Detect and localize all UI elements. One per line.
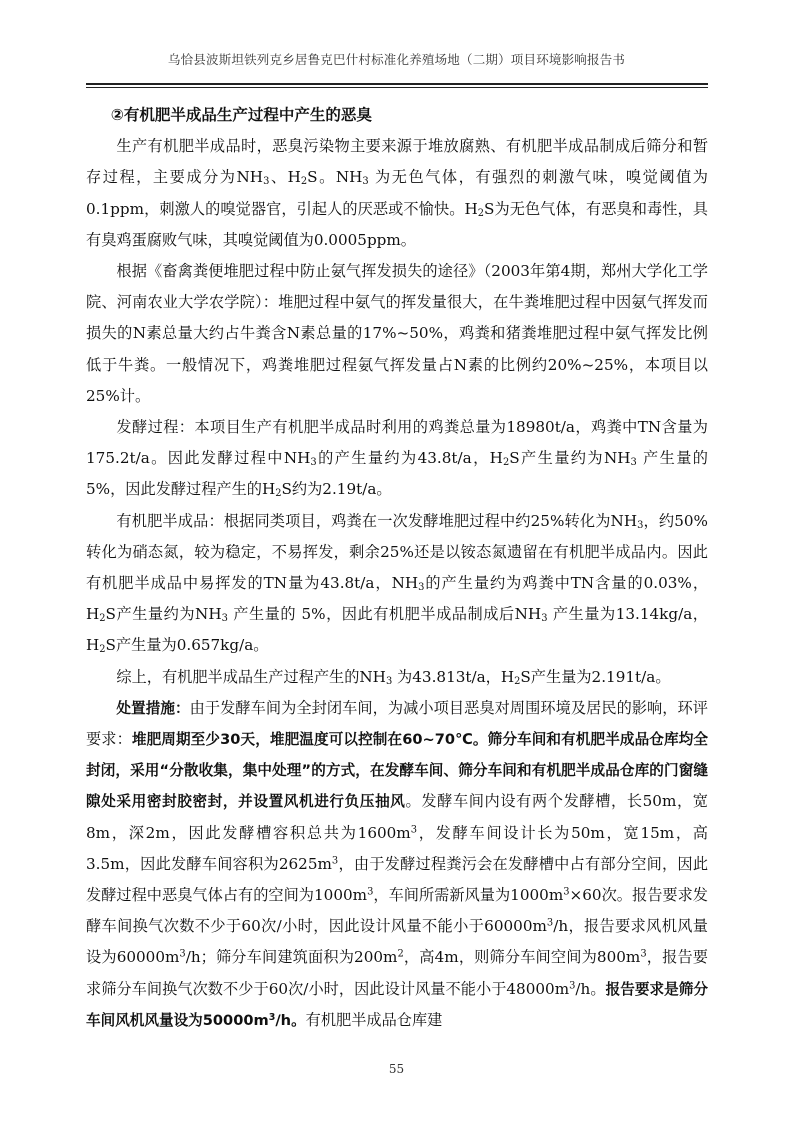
header-rule-thin [86,87,708,88]
page-number: 55 [0,1062,793,1076]
measures-label: 处置措施： [116,700,189,717]
paragraph-fermentation: 发酵过程：本项目生产有机肥半成品时利用的鸡粪总量为18980t/a，鸡粪中TN含… [86,412,708,506]
document-header: 乌恰县波斯坦铁列克乡居鲁克巴什村标准化养殖场地（二期）项目环境影响报告书 [0,50,793,68]
document-body: ②有机肥半成品生产过程中产生的恶臭 生产有机肥半成品时，恶臭污染物主要来源于堆放… [86,100,708,1036]
section-title: ②有机肥半成品生产过程中产生的恶臭 [86,100,708,131]
paragraph-semi-finished: 有机肥半成品：根据同类项目，鸡粪在一次发酵堆肥过程中约25%转化为NH3，约50… [86,506,708,662]
paragraph-measures: 处置措施：由于发酵车间为全封闭车间，为减小项目恶臭对周围环境及居民的影响，环评要… [86,693,708,1036]
header-rule-thick [86,83,708,85]
paragraph-odor-sources: 生产有机肥半成品时，恶臭污染物主要来源于堆放腐熟、有机肥半成品制成后筛分和暂存过… [86,131,708,256]
paragraph-summary: 综上，有机肥半成品生产过程产生的NH3 为43.813t/a，H2S产生量为2.… [86,662,708,693]
paragraph-reference: 根据《畜禽粪便堆肥过程中防止氨气挥发损失的途径》（2003年第4期，郑州大学化工… [86,256,708,412]
